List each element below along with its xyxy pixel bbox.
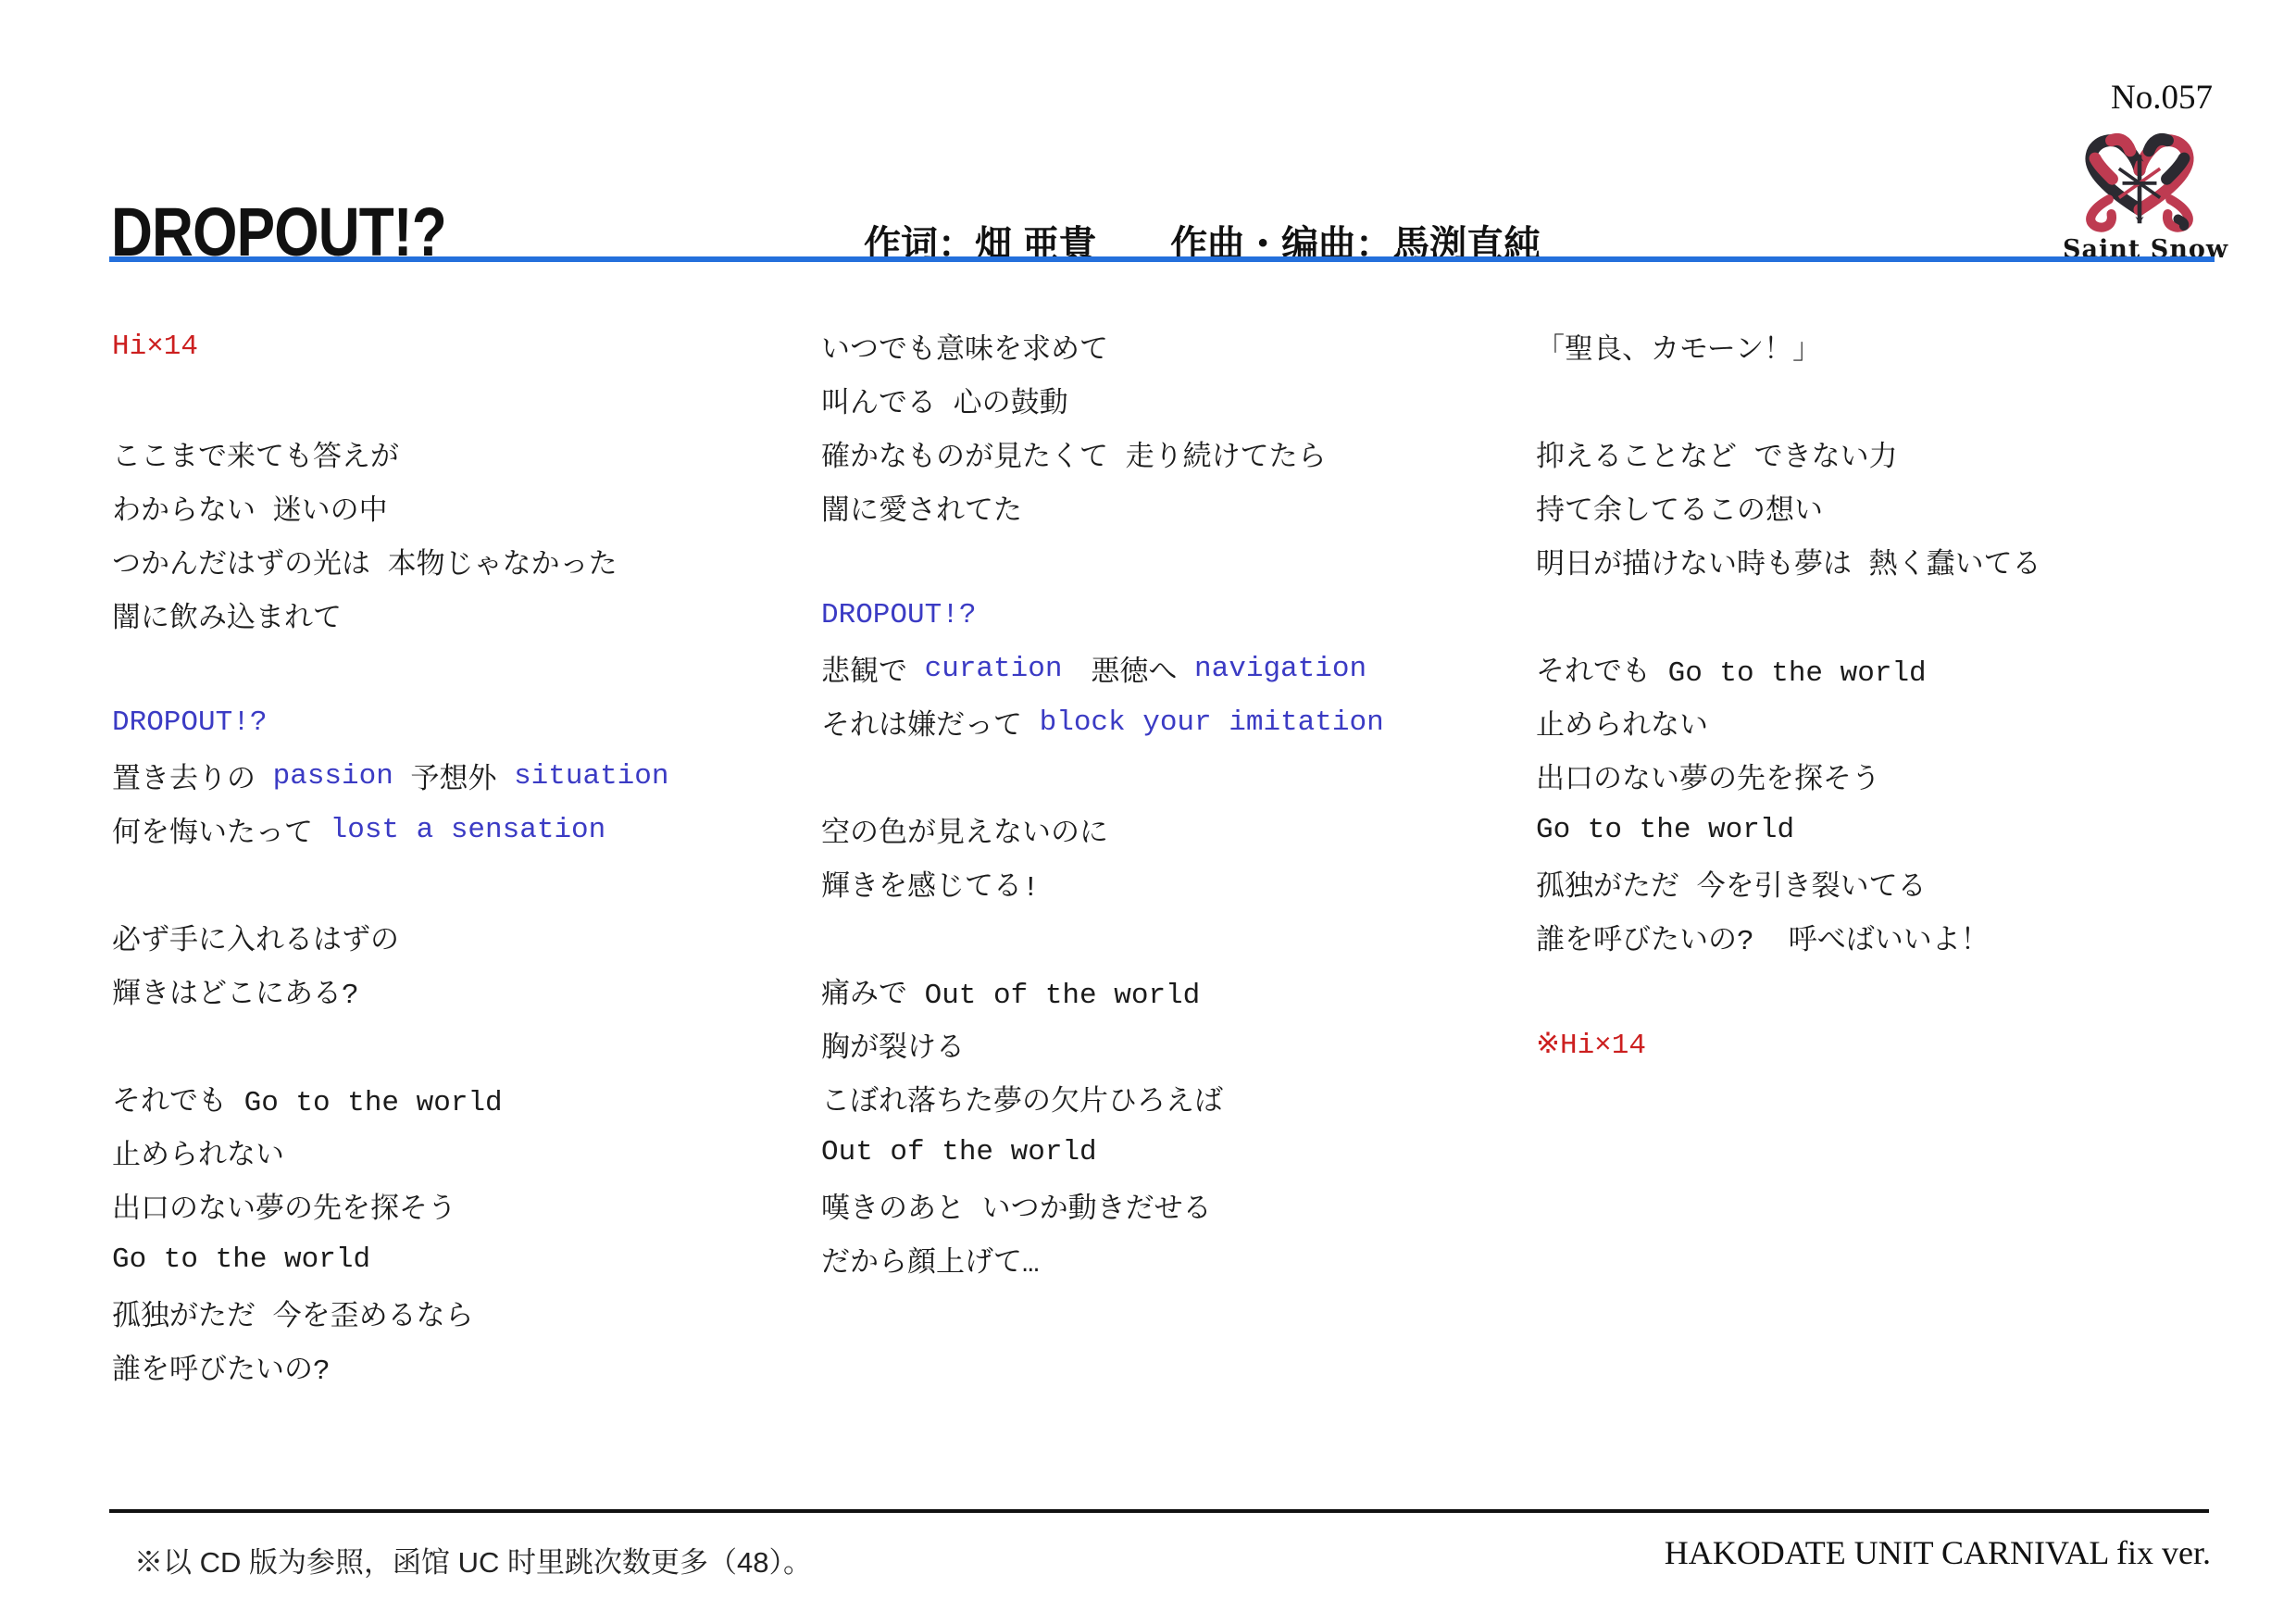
lyric-gap bbox=[112, 1018, 816, 1071]
lyric-segment: Go to the world bbox=[112, 1243, 370, 1276]
lyric-line: だから顔上げて… bbox=[821, 1232, 1525, 1286]
lyric-line: こぼれ落ちた夢の欠片ひろえば bbox=[821, 1071, 1525, 1125]
lyric-line: 置き去りの passion 予想外 situation bbox=[112, 749, 816, 803]
lyric-line: 誰を呼びたいの? bbox=[112, 1340, 816, 1393]
lyric-line: ※Hi×14 bbox=[1536, 1018, 2258, 1071]
lyric-line: 確かなものが見たくて 走り続けてたら bbox=[821, 427, 1525, 481]
lyric-gap bbox=[1536, 964, 2258, 1018]
lyric-segment: 叫んでる 心の鼓動 bbox=[821, 379, 1068, 421]
lyric-segment: 悲観で bbox=[821, 647, 925, 690]
lyric-segment: それでも Go to the world bbox=[112, 1077, 503, 1119]
lyric-segment: situation bbox=[514, 760, 668, 793]
lyric-segment: 持て余してるこの想い bbox=[1536, 486, 1823, 529]
lyric-line: それでも Go to the world bbox=[1536, 642, 2258, 695]
lyric-gap bbox=[821, 534, 1525, 588]
lyric-line: いつでも意味を求めて bbox=[821, 319, 1525, 373]
lyric-line: 悲観で curation 悪徳へ navigation bbox=[821, 642, 1525, 695]
lyric-line: 孤独がただ 今を引き裂いてる bbox=[1536, 856, 2258, 910]
lyric-segment: block your imitation bbox=[1040, 706, 1384, 739]
footer-note: ※以 CD 版为参照，函馆 UC 时里跳次数更多（48）。 bbox=[134, 1539, 812, 1580]
lyric-segment: 孤独がただ 今を引き裂いてる bbox=[1536, 862, 1927, 905]
lyric-gap bbox=[1536, 588, 2258, 642]
lyric-line: 輝きはどこにある? bbox=[112, 964, 816, 1018]
title-rule bbox=[109, 256, 2215, 262]
lyric-line: 出口のない夢の先を探そう bbox=[112, 1179, 816, 1232]
lyric-segment: 誰を呼びたいの? 呼べばいいよ！ bbox=[1536, 916, 1990, 958]
lyric-line: DROPOUT!? bbox=[112, 695, 816, 749]
lyric-segment: だから顔上げて… bbox=[821, 1238, 1040, 1280]
lyric-segment: 止められない bbox=[1536, 701, 1708, 743]
saint-snow-heart-icon bbox=[2065, 126, 2214, 237]
lyric-line: わからない 迷いの中 bbox=[112, 481, 816, 534]
lyric-line: それでも Go to the world bbox=[112, 1071, 816, 1125]
lyrics-column-middle: いつでも意味を求めて叫んでる 心の鼓動確かなものが見たくて 走り続けてたら闇に愛… bbox=[821, 319, 1525, 1286]
lyric-line: 叫んでる 心の鼓動 bbox=[821, 373, 1525, 427]
lyric-line: Go to the world bbox=[112, 1232, 816, 1286]
lyric-line: 止められない bbox=[1536, 695, 2258, 749]
lyric-gap bbox=[1536, 373, 2258, 427]
lyric-line: Hi×14 bbox=[112, 319, 816, 373]
lyric-gap bbox=[821, 910, 1525, 964]
lyric-segment: 悪徳へ bbox=[1062, 647, 1194, 690]
lyric-line: 胸が裂ける bbox=[821, 1018, 1525, 1071]
lyric-segment: 確かなものが見たくて 走り続けてたら bbox=[821, 432, 1327, 475]
lyric-line: つかんだはずの光は 本物じゃなかった bbox=[112, 534, 816, 588]
lyric-segment: 「聖良、カモーン！」 bbox=[1536, 325, 1821, 368]
lyric-line: 闇に飲み込まれて bbox=[112, 588, 816, 642]
lyric-line: 痛みで Out of the world bbox=[821, 964, 1525, 1018]
lyric-segment: 必ず手に入れるはずの bbox=[112, 916, 399, 958]
lyrics-column-left: Hi×14ここまで来ても答えがわからない 迷いの中つかんだはずの光は 本物じゃな… bbox=[112, 319, 816, 1393]
footer-rule bbox=[109, 1509, 2209, 1513]
lyric-line: 出口のない夢の先を探そう bbox=[1536, 749, 2258, 803]
lyric-segment: 置き去りの bbox=[112, 755, 273, 797]
footer-version: HAKODATE UNIT CARNIVAL fix ver. bbox=[1665, 1533, 2211, 1572]
lyric-segment: Hi×14 bbox=[112, 331, 198, 363]
lyric-line: 空の色が見えないのに bbox=[821, 803, 1525, 856]
lyric-segment: 止められない bbox=[112, 1131, 284, 1173]
lyric-line: 闇に愛されてた bbox=[821, 481, 1525, 534]
lyric-line: 何を悔いたって lost a sensation bbox=[112, 803, 816, 856]
lyric-segment: 輝きはどこにある? bbox=[112, 969, 359, 1012]
lyric-line: 誰を呼びたいの? 呼べばいいよ！ bbox=[1536, 910, 2258, 964]
lyric-segment: 抑えることなど できない力 bbox=[1536, 432, 1898, 475]
lyric-segment: 誰を呼びたいの? bbox=[112, 1345, 331, 1388]
lyric-segment: 出口のない夢の先を探そう bbox=[1536, 755, 1880, 797]
lyric-segment: 予想外 bbox=[393, 755, 514, 797]
lyric-gap bbox=[112, 642, 816, 695]
lyric-segment: 胸が裂ける bbox=[821, 1023, 965, 1066]
lyric-segment: 闇に飲み込まれて bbox=[112, 593, 342, 636]
lyric-line: ここまで来ても答えが bbox=[112, 427, 816, 481]
lyric-segment: 何を悔いたって bbox=[112, 808, 331, 851]
lyric-segment: 孤独がただ 今を歪めるなら bbox=[112, 1292, 474, 1334]
lyric-gap bbox=[821, 749, 1525, 803]
lyric-segment: 明日が描けない時も夢は 熱く蠢いてる bbox=[1536, 540, 2041, 582]
lyric-segment: ここまで来ても答えが bbox=[112, 432, 399, 475]
lyric-segment: こぼれ落ちた夢の欠片ひろえば bbox=[821, 1077, 1223, 1119]
lyric-segment: 痛みで Out of the world bbox=[821, 969, 1200, 1012]
lyric-segment: 出口のない夢の先を探そう bbox=[112, 1184, 456, 1227]
lyric-line: 必ず手に入れるはずの bbox=[112, 910, 816, 964]
lyric-line: 嘆きのあと いつか動きだせる bbox=[821, 1179, 1525, 1232]
lyric-segment: 輝きを感じてる! bbox=[821, 862, 1040, 905]
lyric-segment: Go to the world bbox=[1536, 814, 1794, 846]
lyric-line: Out of the world bbox=[821, 1125, 1525, 1179]
lyric-gap bbox=[112, 373, 816, 427]
lyric-segment: いつでも意味を求めて bbox=[821, 325, 1108, 368]
lyric-segment: DROPOUT!? bbox=[821, 599, 976, 631]
lyric-line: それは嫌だって block your imitation bbox=[821, 695, 1525, 749]
lyric-segment: DROPOUT!? bbox=[112, 706, 267, 739]
lyric-line: 明日が描けない時も夢は 熱く蠢いてる bbox=[1536, 534, 2258, 588]
lyrics-column-right: 「聖良、カモーン！」抑えることなど できない力持て余してるこの想い明日が描けない… bbox=[1536, 319, 2258, 1071]
lyric-line: DROPOUT!? bbox=[821, 588, 1525, 642]
lyric-line: 孤独がただ 今を歪めるなら bbox=[112, 1286, 816, 1340]
lyric-segment: それでも Go to the world bbox=[1536, 647, 1927, 690]
lyric-segment: つかんだはずの光は 本物じゃなかった bbox=[112, 540, 618, 582]
saint-snow-logo: Saint Snow bbox=[2063, 126, 2216, 264]
lyric-gap bbox=[112, 856, 816, 910]
lyric-line: 輝きを感じてる! bbox=[821, 856, 1525, 910]
lyric-segment: 嘆きのあと いつか動きだせる bbox=[821, 1184, 1212, 1227]
lyrics-sheet-page: No.057 DROPOUT!? 作词：畑 亜貴 作曲・编曲：馬渕直純 Sain… bbox=[0, 0, 2296, 1624]
lyric-segment: curation bbox=[925, 653, 1063, 685]
lyric-line: 「聖良、カモーン！」 bbox=[1536, 319, 2258, 373]
lyric-segment: passion bbox=[273, 760, 393, 793]
lyric-segment: わからない 迷いの中 bbox=[112, 486, 388, 529]
lyric-line: 止められない bbox=[112, 1125, 816, 1179]
lyric-segment: lost a sensation bbox=[331, 814, 606, 846]
page-number: No.057 bbox=[2111, 78, 2213, 118]
lyric-segment: それは嫌だって bbox=[821, 701, 1040, 743]
lyric-segment: ※Hi×14 bbox=[1536, 1027, 1646, 1062]
lyric-segment: 闇に愛されてた bbox=[821, 486, 1022, 529]
lyric-segment: navigation bbox=[1194, 653, 1366, 685]
lyric-segment: Out of the world bbox=[821, 1136, 1097, 1168]
lyric-line: 抑えることなど できない力 bbox=[1536, 427, 2258, 481]
lyric-line: 持て余してるこの想い bbox=[1536, 481, 2258, 534]
lyric-line: Go to the world bbox=[1536, 803, 2258, 856]
lyric-segment: 空の色が見えないのに bbox=[821, 808, 1108, 851]
